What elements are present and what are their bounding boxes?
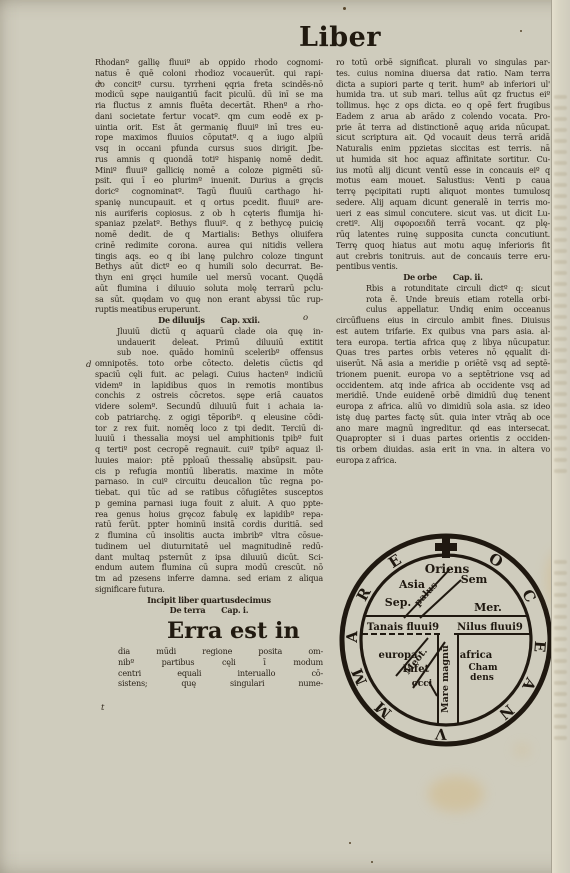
ghost-text-line	[554, 183, 567, 187]
page-edge	[551, 0, 570, 873]
ghost-text-line	[554, 249, 567, 253]
map-ring-letter-V: V	[434, 725, 448, 744]
ghost-text-line	[554, 337, 567, 341]
ghost-text-line	[554, 304, 567, 308]
text-line: meridiē. Unde euidenē orbē dimidiū duę t…	[336, 390, 550, 401]
ghost-text-line	[554, 282, 567, 286]
ghost-text-line	[554, 326, 567, 330]
ghost-text-line	[554, 128, 567, 132]
map-label-tanais-fluvius: Tanais fluui9	[367, 622, 439, 633]
ghost-text-line	[554, 381, 567, 385]
ghost-text-line	[554, 659, 567, 663]
ghost-text-line	[554, 293, 567, 297]
ghost-text-line	[554, 725, 567, 729]
ghost-text-line	[554, 637, 567, 641]
text-line: tingis aqs. eo q ibi lanę pulchro coloze…	[95, 251, 323, 262]
text-line: cob patriarchę. z ogigi tēporibº. q eleu…	[95, 412, 323, 423]
text-line: rus amnis q quondā totiº hispanię nomē d…	[95, 154, 323, 165]
map-label-sem: Sem	[461, 573, 488, 586]
ghost-text-line	[554, 447, 567, 451]
text-line: dicta a supiori parte q terit. humº ab i…	[336, 79, 550, 90]
ghost-text-line	[554, 571, 567, 575]
chapter-heading: De diluuijs Cap. xxii.	[95, 315, 323, 326]
ghost-text-line	[554, 670, 567, 674]
to-map-diagram: OCEANVMMAREOriensAsiaSemSep.Mer.Tanais f…	[336, 528, 558, 754]
text-line: spaciū cęli fuit. ac pelagi. Cuius hacte…	[95, 369, 323, 380]
text-line: tis orbem diuidas. asia erit in vna. in …	[336, 444, 550, 455]
text-line: do concitº cursu. tyrrheni ęqria freta s…	[95, 79, 323, 90]
running-title-text: Liber	[299, 22, 381, 53]
text-line: vsq in occani pfunda cursus suos dirigit…	[95, 143, 323, 154]
ghost-text-line	[554, 582, 567, 586]
text-line: endum autem flumina cū supra modū crescū…	[95, 562, 323, 573]
text-line: uiserūt. Nā asia a meridie p oriētē vsq …	[336, 358, 550, 369]
text-line: tor z rex fuit. nomēq loco z tpi dedit. …	[95, 423, 323, 434]
text-line: circūfluens eius in circulo ambit fines.…	[336, 315, 550, 326]
text-line: Quapropter si i duas partes orientis z o…	[336, 433, 550, 444]
ghost-text-line	[554, 315, 567, 319]
map-ring-letter-A: A	[343, 630, 361, 644]
map-label-meridies: Mer.	[474, 601, 502, 614]
text-line: rea genus hoius gręcoz fabulę ex lapidib…	[95, 509, 323, 520]
text-line: occidentem. atq inde africa ab occidente…	[336, 380, 550, 391]
map-label-cham: Cham	[468, 663, 498, 673]
ghost-text-line	[554, 95, 567, 99]
chapter-heading: Incipit liber quartusdecimus	[95, 595, 323, 606]
text-line: modicū sępe nauigantiū facit piculū. dū …	[95, 89, 323, 100]
ghost-text-line	[554, 692, 567, 696]
ink-speck	[371, 861, 373, 863]
chapter-heading: De terra Cap. i.	[95, 605, 323, 616]
text-line: Quas tres partes orbis veteres nō ęquali…	[336, 347, 550, 358]
running-title: Liber	[0, 22, 570, 53]
text-line: ro totū orbē significat. plurali vo sing…	[336, 57, 550, 68]
text-line: cretiº. Alij σφοροειδñ terrā vocant. qz …	[336, 218, 550, 229]
text-line: nis auriferis copiosus. z ob h cęteris f…	[95, 208, 323, 219]
text-line: rope maximos fluuios cōputatº. q a iugo …	[95, 132, 323, 143]
ghost-text-line	[554, 271, 567, 275]
text-line: parnaso. in cuiº circuitu deucalion tūc …	[95, 476, 323, 487]
incunable-page: Liber Rhodanº gallię fluuiº ab oppido rh…	[0, 0, 570, 873]
map-label-septentrio: Sep.	[385, 596, 411, 609]
ghost-text-line	[554, 736, 567, 740]
text-line: nibº partibus cęli ī modum	[95, 657, 323, 668]
ghost-text-line	[554, 703, 567, 707]
text-line: rūq latentes ruinę supposita cuncta conc…	[336, 229, 550, 240]
text-line: culus appellatur. Undiq enim occeanus	[336, 304, 550, 315]
ink-speck	[99, 82, 101, 84]
text-line: terrę pęcipitati rupti aliquot montes tu…	[336, 186, 550, 197]
paper-stain	[514, 744, 530, 756]
text-line: spanię nuncupauit. et q ortus pcedit. fl…	[95, 197, 323, 208]
map-label-mare-magnum: Mare magnū	[440, 645, 451, 713]
ghost-text-line	[554, 392, 567, 396]
text-line: Jluuiū dictū q aquarū clade oia quę in-	[95, 326, 323, 337]
ghost-text-line	[554, 260, 567, 264]
text-line: nomē dedit. de q Martialis: Bethys oliui…	[95, 229, 323, 240]
text-line: prie āt terra ad distinctionē aquę arida…	[336, 122, 550, 133]
ghost-text-line	[554, 681, 567, 685]
text-line: tiebat. qui tūc ad se ratibus cōfugiētes…	[95, 487, 323, 498]
map-ring-letter-E: E	[530, 640, 549, 653]
ink-speck	[343, 7, 346, 10]
ghost-text-line	[554, 194, 567, 198]
paper-stain	[428, 776, 484, 812]
text-line: sistens; quę singulari nume-	[95, 678, 323, 689]
ghost-text-line	[554, 593, 567, 597]
ghost-text-line	[554, 106, 567, 110]
text-line: aūt flumina i diluuio soluta molę terrar…	[95, 283, 323, 294]
text-line: ius motū alij dicunt ventū esse in conca…	[336, 165, 550, 176]
text-line: spaniaz pzelatº. Bethys fluuiº. q z beth…	[95, 218, 323, 229]
ghost-text-line	[554, 227, 567, 231]
text-line: dani societate fertur vocatº. qm cum eod…	[95, 111, 323, 122]
text-line: istę duę partes factę sūt. quia inter vt…	[336, 412, 550, 423]
map-label-iafet: Iafet	[403, 664, 430, 675]
text-line: Naturalis enim ppzietas siccitas est ter…	[336, 143, 550, 154]
text-line: ut humida sit hoc aquaz affinitate sorti…	[336, 154, 550, 165]
text-line: ruptis meatibus eruperunt.	[95, 304, 323, 315]
text-line: natus ē quē coloni rhodioz vocauerūt. qu…	[95, 68, 323, 79]
text-line: uintia orit. Est āt germanię fluuiº inī …	[95, 122, 323, 133]
text-line: tudinem uel diuturnitatē uel magnitudinē…	[95, 541, 323, 552]
ghost-text-line	[554, 238, 567, 242]
ghost-text-line	[554, 403, 567, 407]
text-line: ano mare magnū ingreditur. qd eas inters…	[336, 423, 550, 434]
ghost-text-line	[554, 205, 567, 209]
text-line: Rbis a rotunditate circuli dictº q: sicu…	[336, 283, 550, 294]
text-line: europa z africa. aliū vo dimidiū sola as…	[336, 401, 550, 412]
ghost-text-line	[554, 560, 567, 564]
text-line: europa z africa.	[336, 455, 550, 466]
text-line: est autem trifarie. Ex quibus vna pars a…	[336, 326, 550, 337]
text-line: conchis z ostreis cōcretos. sępe eriā ca…	[95, 390, 323, 401]
ghost-text-line	[554, 615, 567, 619]
ink-speck	[520, 30, 522, 32]
right-text-column: ro totū orbē significat. plurali vo sing…	[336, 57, 550, 466]
text-line: centri equali interuallo cō-	[95, 668, 323, 679]
ghost-text-line	[554, 150, 567, 154]
text-line: motus eam mouet. Salustius: Venti p caua	[336, 175, 550, 186]
map-label-europa: europa	[378, 650, 418, 661]
text-line: undauerit deleat. Primū diluuiū extitit	[95, 337, 323, 348]
ghost-text-line	[554, 117, 567, 121]
map-label-asia: Asia	[398, 578, 425, 591]
text-line: rota ē. Unde breuis etiam rotella orbi-	[336, 294, 550, 305]
text-line: dant multaq psternūt z ipsa diluuiū dicū…	[95, 552, 323, 563]
ghost-text-line	[554, 714, 567, 718]
text-line: videre solemº. Secundū diluuiū fuit i ac…	[95, 401, 323, 412]
text-line: luuiū i thessalia moysi uel amphitionis …	[95, 433, 323, 444]
text-line: crinē redimite corona. aurea qui nitidis…	[95, 240, 323, 251]
text-line: luuies maior: ptē pploaū thessalię absūp…	[95, 455, 323, 466]
text-line: sub noe. quādo hominū sceleribº offensus	[95, 347, 323, 358]
ghost-text-line	[554, 604, 567, 608]
ghost-text-line	[554, 370, 567, 374]
text-line: humida tra. ut sub mari. tellus aūt qz f…	[336, 89, 550, 100]
chapter-opening-large: Erra est in me-	[95, 616, 323, 646]
left-text-column: Rhodanº gallię fluuiº ab oppido rhodo co…	[95, 57, 323, 689]
text-line: ratū ferūt. ppter hominū insitā cordis d…	[95, 519, 323, 530]
map-label-africa: africa	[460, 650, 493, 661]
text-line: videmº in lapidibus quos in remotis mont…	[95, 380, 323, 391]
text-line: sa sūt. quędam vo quę non erant abyssi t…	[95, 294, 323, 305]
text-line: z flumina cū insolitis aucta imbribº vlt…	[95, 530, 323, 541]
text-line: ueri z eas simul concutere. sicut vas. u…	[336, 208, 550, 219]
text-line: Terrę quoq hiatus aut motu aquę inferior…	[336, 240, 550, 251]
ghost-text-line	[554, 216, 567, 220]
text-line: cis p refugia montiū liberatis. maxime i…	[95, 466, 323, 477]
ghost-text-line	[554, 425, 567, 429]
text-line: omnipotēs. toto orbe cōtecto. deletis cū…	[95, 358, 323, 369]
ghost-text-line	[554, 414, 567, 418]
initial-guide-letter-o: o	[303, 313, 308, 323]
ghost-text-line	[554, 626, 567, 630]
chapter-heading: De orbe Cap. ii.	[336, 272, 550, 283]
map-label-occi: occi	[412, 679, 433, 689]
text-line: dia mūdi regione posita om-	[95, 646, 323, 657]
text-line: p gemina parnasi iuga fouit z aluit. A q…	[95, 498, 323, 509]
text-line: pentibus ventis.	[336, 261, 550, 272]
text-line: ria fluctus z amnis fluēta decertāt. Rhe…	[95, 100, 323, 111]
text-line: sicut scriptura ait. Qd vocauit deus ter…	[336, 132, 550, 143]
text-line: doricº cognominatº. Tagū fluuiū carthago…	[95, 186, 323, 197]
text-line: tollimus. hęc z ops dicta. eo q opē fert…	[336, 100, 550, 111]
ghost-text-line	[554, 458, 567, 462]
ghost-text-line	[554, 648, 567, 652]
text-line: tm ad pzesens inferre damna. sed eriam z…	[95, 573, 323, 584]
text-line: Miniº fluuiº gallicię nomē a coloze pigm…	[95, 165, 323, 176]
text-line: trionem puenit. europa vo a septētrione …	[336, 369, 550, 380]
text-line: sedere. Alij aquam dicunt generalē in te…	[336, 197, 550, 208]
initial-guide-letter-d: d	[86, 360, 91, 370]
ghost-text-line	[554, 469, 567, 473]
ghost-text-line	[554, 348, 567, 352]
text-line: significare futura.	[95, 584, 323, 595]
text-line: tes. cuius nomina diuersa dat ratio. Nam…	[336, 68, 550, 79]
map-label-nilus-fluvius: Nilus fluui9	[457, 622, 523, 633]
text-line: Eadem z arua ab arādo z colendo vocata. …	[336, 111, 550, 122]
ink-speck	[349, 842, 351, 844]
initial-guide-letter-t: t	[101, 703, 104, 713]
text-line: thyn eni gręci humile uel mersū vocant. …	[95, 272, 323, 283]
text-line: psit. qui ī eo plurimº inuenit. Durius a…	[95, 175, 323, 186]
text-line: tera europa. tertia africa quę z libya n…	[336, 337, 550, 348]
ghost-text-line	[554, 161, 567, 165]
ghost-text-line	[554, 139, 567, 143]
text-line: q tertiº post cecropē regnauit. cuiº tpi…	[95, 444, 323, 455]
ghost-text-line	[554, 436, 567, 440]
text-line: aut crebris tonitruis. aut de concauis t…	[336, 251, 550, 262]
text-line: Rhodanº gallię fluuiº ab oppido rhodo co…	[95, 57, 323, 68]
ghost-text-line	[554, 359, 567, 363]
map-label-dens: dens	[470, 673, 494, 683]
ghost-text-line	[554, 172, 567, 176]
text-line: Bethys aūt dictº eo q humili solo decurr…	[95, 261, 323, 272]
